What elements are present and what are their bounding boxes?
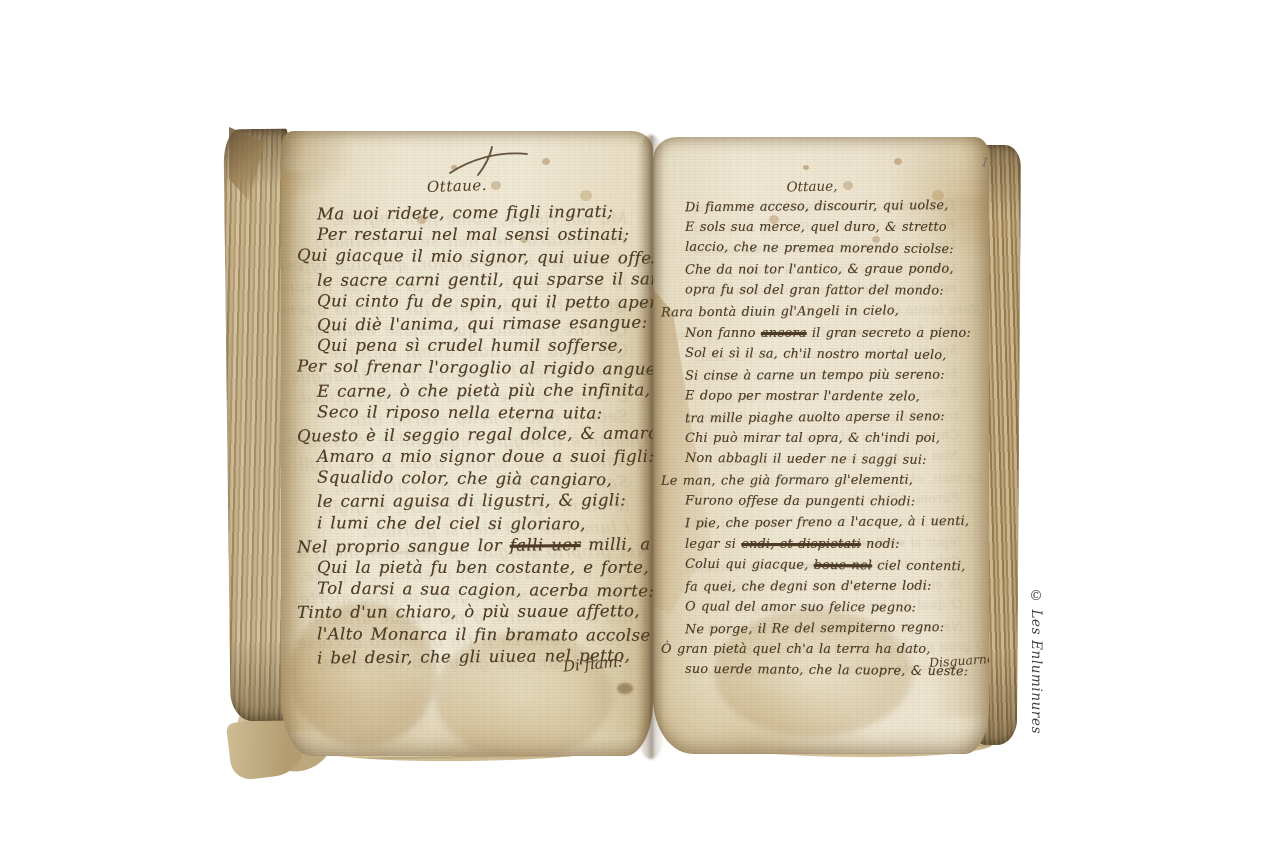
poem-line: E dopo per mostrar l'ardente zelo, (685, 388, 983, 410)
poem-text-block: Ma uoi ridete, come figli ingrati;Per re… (297, 203, 649, 669)
line-text: Qui giacque il mio signor, qui uiue offe… (297, 246, 653, 268)
line-text: Le man, che già formaro gl'elementi, (661, 473, 913, 489)
poem-line: le carni aguisa di ligustri, & gigli: (317, 491, 649, 515)
line-text: Qui la pietà fu ben costante, e forte, (317, 558, 649, 577)
line-text: Si cinse à carne un tempo più sereno: (685, 367, 945, 383)
gutter-shadow (637, 135, 665, 759)
poem-line: tra mille piaghe auolto aperse il seno: (685, 409, 983, 433)
line-text: laccio, che ne premea morendo sciolse: (685, 240, 954, 257)
poem-line: Qui pena sì crudel humil sofferse, (317, 336, 649, 358)
line-text: Di fiamme acceso, discourir, qui uolse, (685, 198, 949, 215)
line-text: Non fanno (685, 326, 761, 341)
poem-line: Qui la pietà fu ben costante, e forte, (317, 558, 649, 580)
poem-line: Le man, che già formaro gl'elementi, (661, 473, 983, 495)
line-text: Rara bontà diuin gl'Angeli in cielo, (661, 304, 899, 321)
poem-line: l'Alto Monarca il fin bramato accolse (317, 624, 649, 648)
poem-line: Rara bontà diuin gl'Angeli in cielo, (661, 303, 983, 327)
poem-line: Di fiamme acceso, discourir, qui uolse, (685, 198, 983, 222)
poem-line: opra fu sol del gran fattor del mondo: (685, 283, 983, 305)
poem-line: Ne porge, il Re del sempiterno regno: (685, 620, 983, 644)
line-text: le sacre carni gentil, qui sparse il san… (317, 269, 653, 290)
right-manuscript-page: 12 Ottaue, Di fiamme acceso, discourir, … (653, 137, 989, 754)
line-text: Furono offese da pungenti chiodi: (685, 494, 915, 510)
poem-line: Nel proprio sangue lor falli uer milli, … (297, 534, 649, 559)
line-text: Seco il riposo nella eterna uita: (317, 402, 603, 422)
line-text: Per restarui nel mal sensi ostinati; (317, 225, 629, 244)
line-text: Sol ei sì il sa, ch'il nostro mortal uel… (685, 345, 946, 362)
poem-line: O qual del amor suo felice pegno: (685, 599, 983, 621)
struck-text: ancora (761, 326, 807, 341)
poem-line: Qui cinto fu de spin, qui il petto apers… (317, 291, 649, 315)
line-text: Colui qui giacque, (685, 556, 814, 572)
ink-cross-flourish-icon (447, 145, 529, 177)
poem-line: I pie, che poser freno a l'acque, à i ue… (685, 514, 983, 538)
poem-line: Si cinse à carne un tempo più sereno: (685, 367, 983, 389)
line-text: Nel proprio sangue lor (297, 535, 510, 556)
poem-line: laccio, che ne premea morendo sciolse: (685, 240, 983, 264)
line-text: E carne, ò che pietà più che infinita, (317, 380, 650, 400)
line-text: Che da noi tor l'antico, & graue pondo, (685, 262, 954, 278)
line-text: l'Alto Monarca il fin bramato accolse (317, 624, 651, 644)
poem-line: Squalido color, che già cangiaro, (317, 468, 649, 493)
poem-line: Non abbagli il ueder ne i saggi sui: (685, 451, 983, 475)
poem-line: le sacre carni gentil, qui sparse il san… (317, 269, 649, 293)
line-text: tra mille piaghe auolto aperse il seno: (685, 409, 945, 426)
struck-text: endi, et dispietati (741, 537, 861, 552)
line-text: le carni aguisa di ligustri, & gigli: (317, 491, 626, 511)
poem-line: legar si endi, et dispietati nodi: (685, 537, 983, 558)
poem-line: Colui qui giacque, boue nel ciel content… (685, 556, 983, 580)
line-text: Qui cinto fu de spin, qui il petto apers… (317, 291, 653, 312)
left-manuscript-page: Ottaue. Ma uoi ridete, come figli ingrat… (281, 131, 653, 756)
poem-line: Ma uoi ridete, come figli ingrati; (317, 202, 649, 227)
poem-line: Seco il riposo nella eterna uita: (317, 402, 649, 426)
foxing-spots (803, 165, 809, 170)
line-text: Tinto d'un chiaro, ò più suaue affetto, (297, 602, 640, 622)
line-text: Amaro a mio signor doue a suoi figli: (317, 447, 653, 466)
poem-line: Chi può mirar tal opra, & ch'indi poi, (685, 431, 983, 452)
ink-spot (617, 683, 633, 694)
line-text: Ma uoi ridete, come figli ingrati; (317, 202, 613, 224)
line-text: opra fu sol del gran fattor del mondo: (685, 283, 944, 299)
poem-line: fa quei, che degni son d'eterne lodi: (685, 578, 983, 600)
line-text: O qual del amor suo felice pegno: (685, 599, 916, 615)
poem-line: Che da noi tor l'antico, & graue pondo, (685, 262, 983, 284)
poem-line: Questo è il seggio regal dolce, & amaro, (297, 423, 649, 448)
poem-line: Non fanno ancora il gran secreto a pieno… (685, 326, 983, 347)
line-text: Questo è il seggio regal dolce, & amaro, (297, 423, 653, 445)
line-text: il gran secreto a pieno: (807, 326, 971, 341)
line-text: fa quei, che degni son d'eterne lodi: (685, 578, 932, 594)
folio-number: 12 (980, 154, 989, 171)
poem-line: Amaro a mio signor doue a suoi figli: (317, 447, 649, 469)
line-text: Squalido color, che già cangiaro, (317, 468, 612, 490)
line-text: E dopo per mostrar l'ardente zelo, (685, 388, 920, 404)
poem-line: Sol ei sì il sa, ch'il nostro mortal uel… (685, 345, 983, 369)
line-text: legar si (685, 537, 741, 552)
line-text: E sols sua merce, quel duro, & stretto (685, 220, 947, 235)
line-text: Ò gran pietà quel ch'a la terra ha dato, (661, 642, 930, 657)
poem-line: E sols sua merce, quel duro, & stretto (685, 220, 983, 241)
line-text: Non abbagli il ueder ne i saggi sui: (685, 451, 927, 468)
line-text: Chi può mirar tal opra, & ch'indi poi, (685, 431, 940, 446)
page-header-ottave: Ottaue. (407, 175, 508, 196)
poem-line: i lumi che del ciel si gloriaro, (317, 513, 649, 537)
poem-line: Qui giacque il mio signor, qui uiue offe… (297, 246, 649, 271)
poem-line: Tinto d'un chiaro, ò più suaue affetto, (297, 602, 649, 626)
line-text: nodi: (861, 537, 900, 552)
struck-text: falli uer (510, 535, 581, 555)
line-text: Qui diè l'anima, qui rimase esangue: (317, 313, 648, 335)
line-text: Ne porge, il Re del sempiterno regno: (685, 620, 944, 637)
photograph-background: Ottaue. Ma uoi ridete, come figli ingrat… (0, 0, 1280, 860)
poem-line: Per restarui nel mal sensi ostinati; (317, 225, 649, 247)
line-text: i lumi che del ciel si gloriaro, (317, 513, 586, 533)
page-header-ottave: Ottaue, (762, 178, 862, 196)
poem-line: E carne, ò che pietà più che infinita, (317, 380, 649, 404)
copyright-credit: © Les Enluminures (1028, 588, 1044, 734)
manuscript-open-book: Ottaue. Ma uoi ridete, come figli ingrat… (225, 103, 1020, 768)
line-text: I pie, che poser freno a l'acque, à i ue… (685, 514, 969, 531)
line-text: Qui pena sì crudel humil sofferse, (317, 336, 623, 355)
poem-line: Per sol frenar l'orgoglio al rigido angu… (297, 357, 649, 382)
line-text: Per sol frenar l'orgoglio al rigido angu… (297, 357, 653, 379)
poem-text-block: Di fiamme acceso, discourir, qui uolse,E… (661, 199, 983, 684)
poem-line: Tol darsi a sua cagion, acerba morte: (317, 579, 649, 604)
struck-text: boue nel (814, 557, 872, 573)
poem-line: Qui diè l'anima, qui rimase esangue: (317, 312, 649, 337)
line-text: Tol darsi a sua cagion, acerba morte: (317, 579, 653, 601)
line-text: suo uerde manto, che la cuopre, & ueste: (685, 662, 968, 679)
line-text: ciel contenti, (872, 558, 966, 574)
poem-line: Furono offese da pungenti chiodi: (685, 494, 983, 516)
